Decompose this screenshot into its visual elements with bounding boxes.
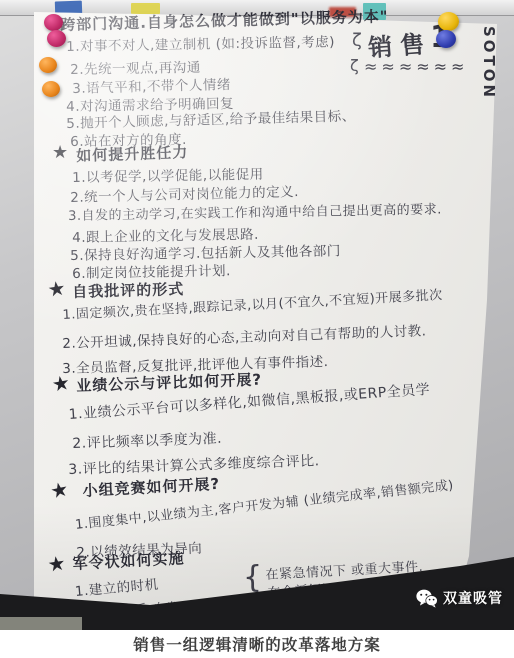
- magnet-blue: [436, 30, 456, 48]
- tag-squiggles: ≈≈≈≈≈≈: [364, 57, 468, 76]
- magnet-orange: [42, 81, 60, 97]
- tag-side-label: SOTON: [480, 26, 498, 100]
- star-icon: ★: [46, 276, 67, 302]
- magnet-orange: [39, 57, 57, 73]
- brace-icon: {: [243, 560, 263, 595]
- photo-caption: 销售一组逻辑清晰的改革落地方案: [0, 630, 514, 658]
- flipchart-photo: ζ 销售 1 SOTON ζ ≈≈≈≈≈≈ 跨部门沟通.自身怎么做才能做到"以服…: [0, 0, 514, 630]
- tape-blue: [55, 1, 82, 15]
- wechat-icon: [416, 589, 438, 608]
- magnet-pink: [44, 14, 63, 31]
- star-icon: ★: [50, 370, 72, 397]
- watermark-label: 双童吸管: [443, 588, 503, 608]
- article-page: ζ 销售 1 SOTON ζ ≈≈≈≈≈≈ 跨部门沟通.自身怎么做才能做到"以服…: [0, 0, 514, 658]
- magnet-yellow: [438, 12, 459, 31]
- tag-mark: ζ: [350, 56, 359, 75]
- tag-mark: ζ: [352, 30, 362, 51]
- magnet-pink: [47, 30, 66, 47]
- watermark: 双童吸管: [416, 588, 503, 608]
- star-icon: ★: [52, 142, 68, 163]
- section-title: 如何提升胜任力: [76, 141, 189, 166]
- star-icon: ★: [46, 551, 67, 577]
- floor-edge: [0, 617, 82, 630]
